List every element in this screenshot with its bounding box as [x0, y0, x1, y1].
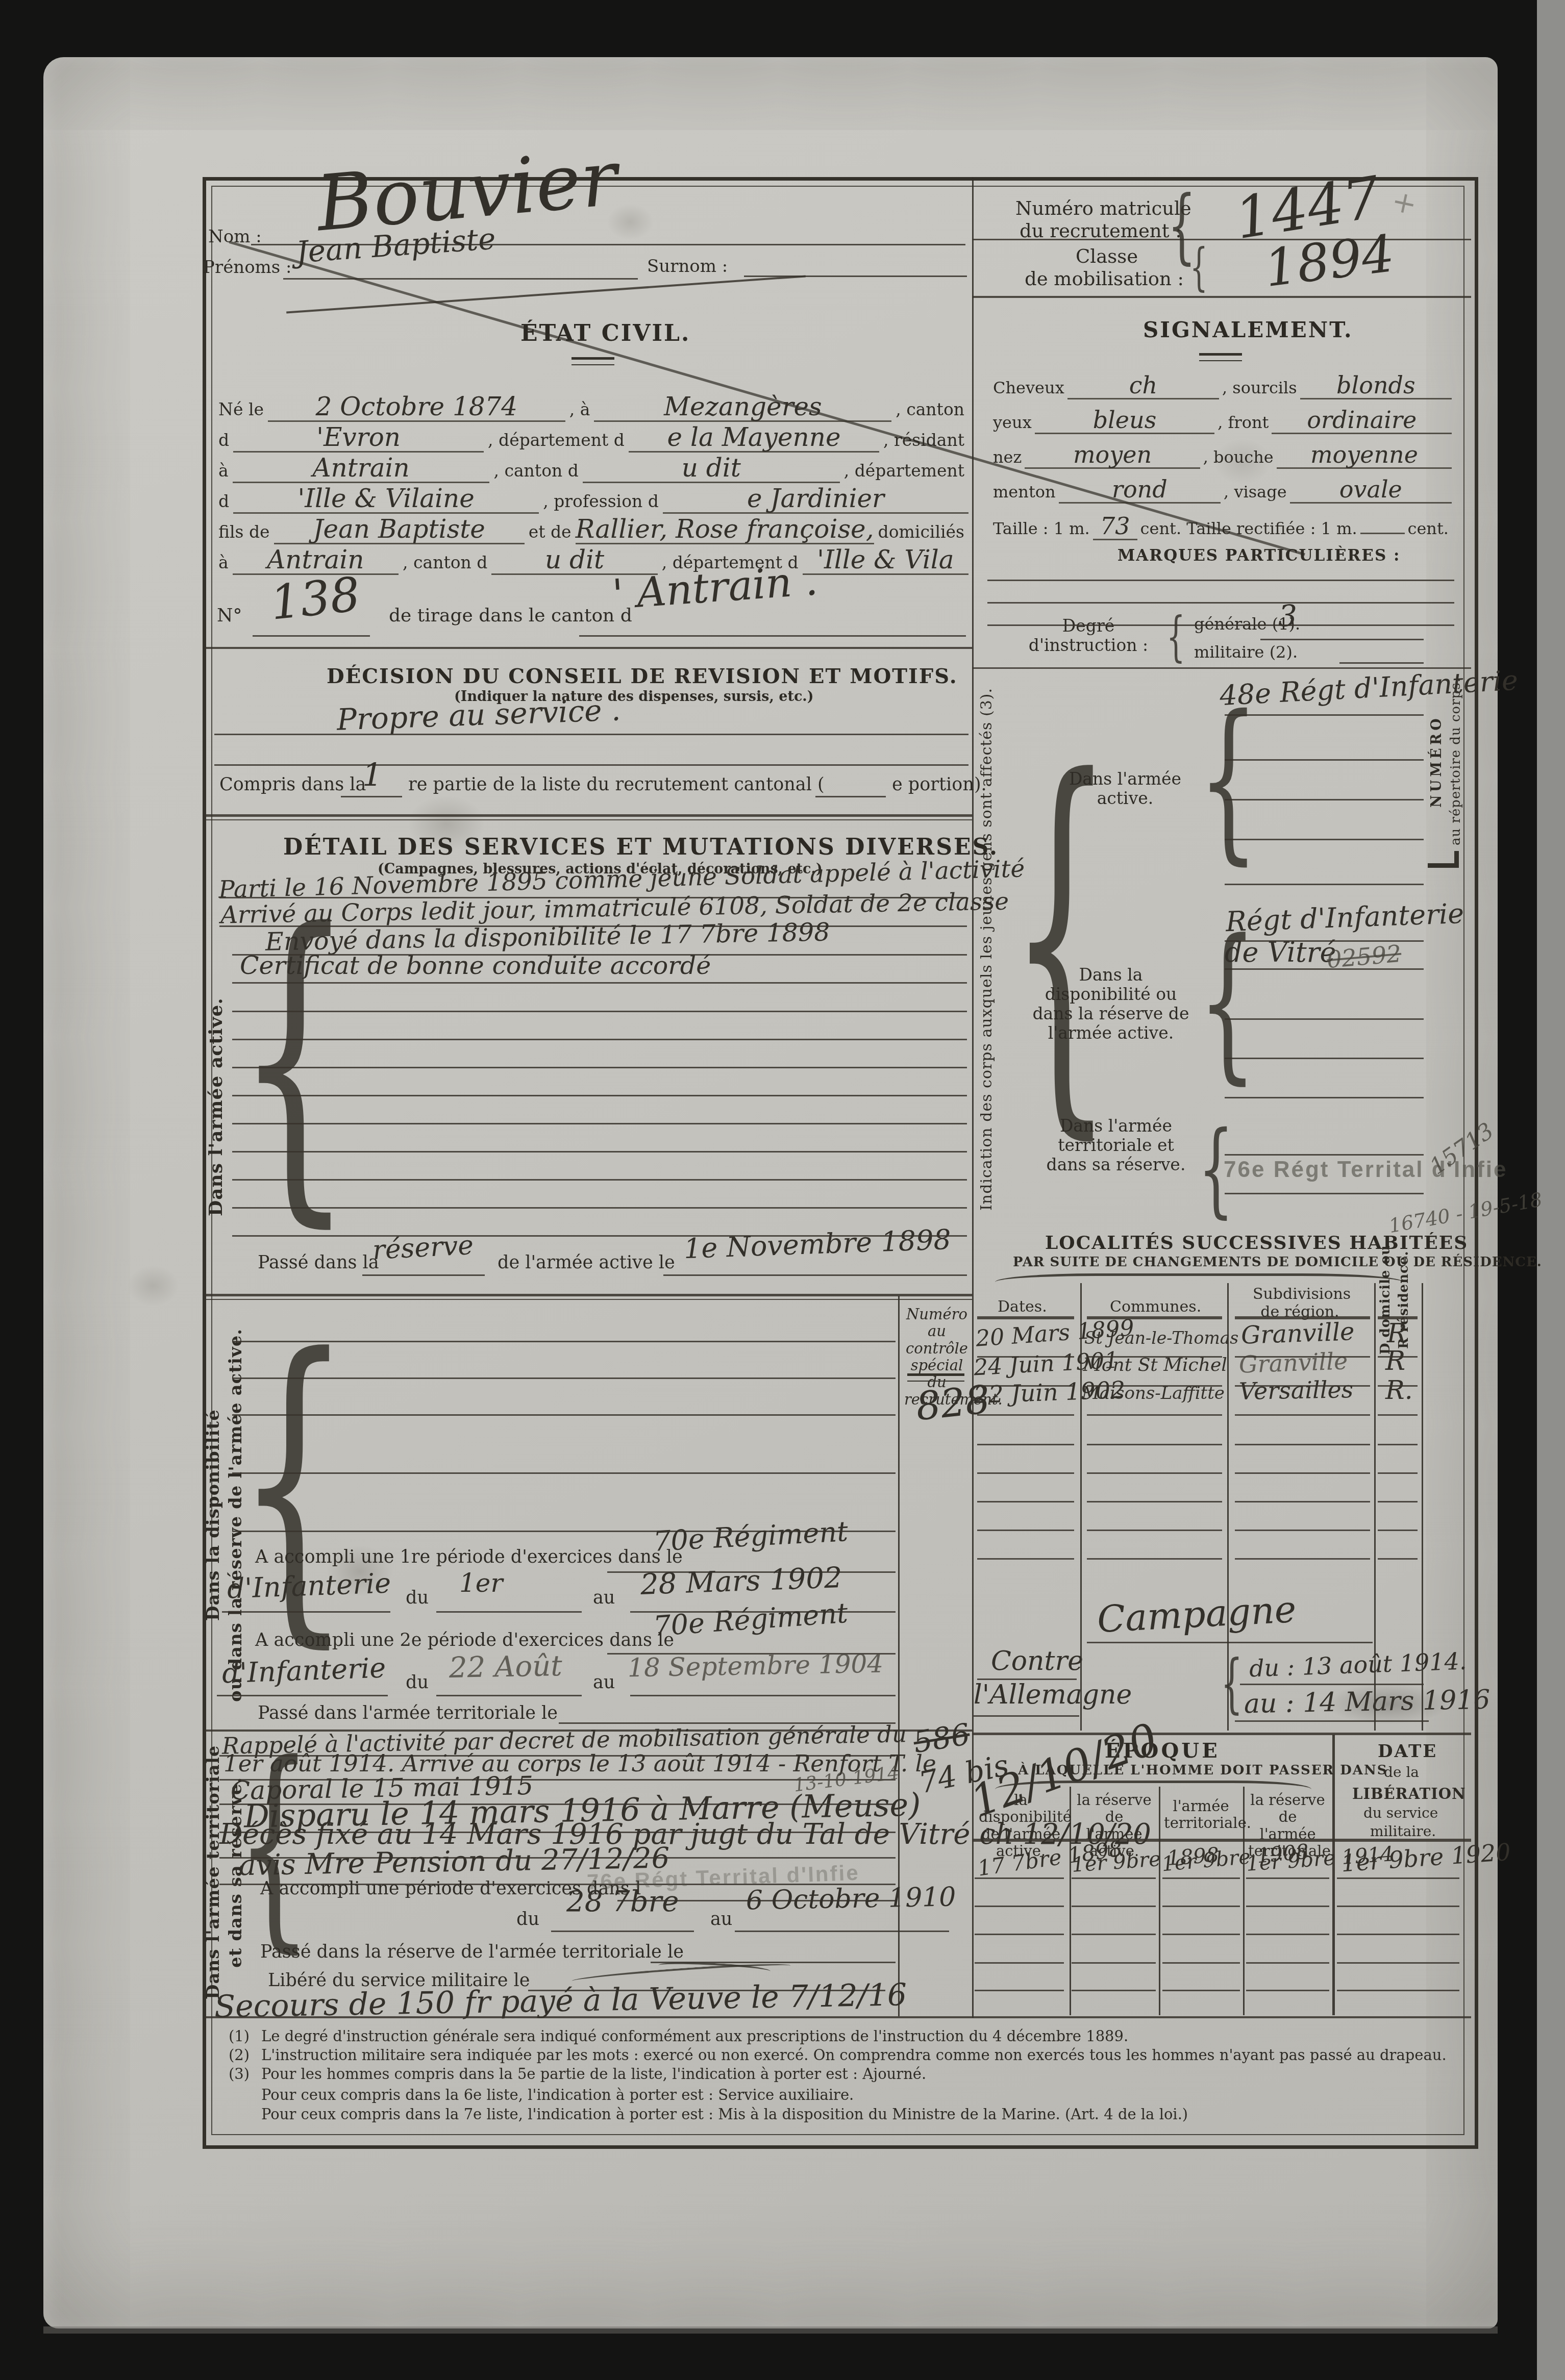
ruled-line [1378, 1356, 1418, 1358]
ruled-line [1072, 1962, 1156, 1964]
ruled-line [975, 1877, 1064, 1879]
ruled-line [232, 1531, 896, 1532]
passe-reserve-label-1: Passé dans la [258, 1252, 379, 1273]
ruled-line [1235, 1720, 1429, 1722]
periode1-to: 28 Mars 1902 [640, 1564, 842, 1599]
footnote-3-text: Pour les hommes compris dans la 5e parti… [261, 2066, 1455, 2083]
matricule-box-bottom [972, 296, 1471, 298]
periode2-from: 22 Août [449, 1652, 563, 1683]
label: , canton d [399, 553, 491, 572]
ruled-line [232, 1123, 967, 1124]
yeux-label: yeux [990, 413, 1035, 432]
taille-label-3: cent. [1405, 519, 1452, 538]
localites-col2-header: Communes. [1110, 1298, 1201, 1316]
ruled-line [1225, 759, 1424, 761]
ruled-line [1378, 1316, 1418, 1319]
periode2-line-4 [630, 1695, 896, 1696]
localites-r2-subdivision: Granville [1238, 1349, 1348, 1376]
compris-label-1: Compris dans la [219, 774, 366, 795]
ruled-line [1235, 1530, 1370, 1531]
ruled-line [1072, 1990, 1156, 1991]
localites-r1-dr: R [1387, 1320, 1407, 1347]
taille-label-1: Taille : 1 m. [990, 519, 1093, 538]
du-label: du [406, 1672, 429, 1693]
services-line-4 [232, 982, 967, 984]
label: , département d [484, 431, 629, 450]
matricule-label-1: Numéro matricule [1015, 198, 1191, 220]
localites-r1-subdivision: Granville [1240, 1319, 1355, 1348]
localites-col3-header: Subdivisions de région. [1253, 1286, 1347, 1321]
label: à [214, 553, 233, 572]
ruled-line [1337, 1877, 1459, 1879]
passe-reserve-label-2: de l'armée active le [498, 1252, 675, 1273]
localites-subtitle: PAR SUITE DE CHANGEMENTS DE DOMICILE OU … [1013, 1255, 1542, 1270]
corps-top-rule [972, 667, 1471, 669]
ruled-line [1225, 1193, 1424, 1194]
ruled-line [232, 1095, 967, 1096]
birth-canton: 'Evron [233, 424, 484, 453]
ruled-line [1087, 1414, 1222, 1416]
ruled-line [1378, 1558, 1418, 1560]
periode1-label: A accompli une 1re période d'exercices d… [255, 1547, 683, 1567]
residence-departement: 'Ille & Vilaine [233, 486, 539, 514]
ruled-line [977, 1316, 1074, 1319]
bouche-value: moyenne [1277, 443, 1452, 469]
ruled-line [975, 1934, 1064, 1935]
menton-value: rond [1059, 478, 1221, 504]
localites-r2-dr: R [1385, 1348, 1405, 1374]
corps-g2-value-1: Régt d'Infanterie [1225, 900, 1464, 936]
periode1-line-2 [222, 1611, 390, 1613]
footnote-2-text: L'instruction militaire sera indiquée pa… [261, 2047, 1455, 2064]
nez-value: moyen [1025, 443, 1200, 469]
passe-reserve-line-2 [663, 1274, 967, 1276]
ruled-line [232, 1011, 967, 1012]
label: , profession d [539, 492, 663, 511]
corps-g1-label: Dans l'armée active. [1059, 769, 1191, 808]
ruled-line [1337, 1906, 1459, 1907]
footnote-3-number: (3) [229, 2066, 250, 2083]
ruled-line [1235, 1414, 1370, 1416]
footnote-1-text: Le degré d'instruction générale sera ind… [261, 2028, 1455, 2045]
ruled-line [977, 1385, 1074, 1387]
passe-reserve-terr-label: Passé dans la réserve de l'armée territo… [260, 1942, 684, 1962]
front-value: ordinaire [1272, 408, 1452, 434]
prenoms-line [283, 278, 638, 280]
ruled-line [1246, 1906, 1329, 1907]
classe-label-1: Classe [1076, 246, 1138, 268]
ruled-line [1337, 1990, 1459, 1991]
ruled-line [987, 624, 1454, 626]
cheveux-value: ch [1067, 373, 1219, 399]
militaire-label: militaire (2). [1194, 643, 1298, 662]
periode3-line-2 [551, 1931, 694, 1932]
degre-label: Degré d'instruction : [1014, 616, 1162, 655]
father-name: Jean Baptiste [274, 516, 525, 544]
corps-side-label: Indication des corps auxquels les jeunes… [978, 684, 996, 1214]
side-label-armee-active: Dans l'armée active. [205, 918, 227, 1296]
surnom-label: Surnom : [647, 257, 728, 277]
etat-civil-row-2: d 'Evron , département d e la Mayenne , … [214, 424, 968, 453]
localites-r2-commune: Mont St Michel [1083, 1356, 1227, 1374]
prenoms-label: Prénoms : [203, 258, 292, 278]
ruled-line [232, 1179, 967, 1181]
ruled-line [1225, 1154, 1424, 1156]
periode2-label: A accompli une 2e période d'exercices da… [255, 1630, 674, 1650]
ruled-line [1225, 1097, 1424, 1098]
surnom-line [744, 275, 967, 277]
nez-label: nez [990, 448, 1025, 467]
side-label-terr-1: Dans l'armée territoriale [203, 1745, 223, 2000]
ruled-line [974, 1715, 1079, 1717]
ruled-line [1087, 1501, 1222, 1502]
ruled-line [975, 1906, 1064, 1907]
birth-date: 2 Octobre 1874 [268, 394, 565, 422]
profession: e Jardinier [663, 486, 968, 514]
etat-civil-row-5: fils de Jean Baptiste et de Rallier, Ros… [214, 516, 968, 544]
degre-brace: { [1166, 610, 1185, 664]
parents-departement: 'Ille & Vila [803, 547, 968, 575]
generale-value: 3 [1278, 601, 1297, 631]
au-label: au [710, 1909, 732, 1930]
tirage-no-value: 138 [268, 571, 362, 627]
numero-repertoire-label-2: au répertoire du corps. [1448, 673, 1463, 849]
label: , canton [891, 400, 968, 419]
campagne-title: Campagne [1096, 1591, 1297, 1638]
label: , canton d [489, 461, 582, 481]
compris-label-2: re partie de la liste du recrutement can… [408, 774, 825, 795]
bouche-label: , bouche [1200, 448, 1277, 467]
classe-brace: { [1190, 242, 1208, 293]
ruled-line [1162, 1934, 1240, 1935]
ruled-line [1235, 1444, 1370, 1445]
localites-col1-header: Dates. [998, 1298, 1047, 1316]
periode1-line-3 [436, 1611, 582, 1613]
decision-value: Propre au service . [336, 695, 621, 734]
ruled-line [977, 1558, 1074, 1560]
ruled-line [232, 1207, 967, 1209]
ruled-line [1235, 1316, 1370, 1319]
periode2-line-3 [436, 1695, 582, 1696]
ruled-line [1235, 1472, 1370, 1474]
etat-civil-row-4: d 'Ille & Vilaine , profession d e Jardi… [214, 486, 968, 514]
epoque-header-rule [972, 1839, 1471, 1842]
signalement-row-3: nez moyen , bouche moyenne [990, 443, 1452, 469]
ruled-line [1087, 1385, 1222, 1387]
ruled-line [1072, 1934, 1156, 1935]
section-rule [204, 647, 972, 649]
decision-title: DÉCISION DU CONSEIL DE REVISION ET MOTIF… [327, 664, 958, 688]
sourcils-label: , sourcils [1219, 379, 1300, 397]
ruled-line [1246, 1877, 1329, 1879]
compris-value: 1 [362, 759, 382, 791]
ruled-line [1162, 1962, 1240, 1964]
ruled-line [1225, 799, 1424, 800]
tirage-no-line [253, 635, 370, 637]
matricule-label-2: du recrutement : [1020, 220, 1182, 242]
periode2-to: 18 Septembre 1904 [628, 1651, 884, 1681]
ruled-line [1087, 1316, 1222, 1319]
side-label-dispo-1: Dans la disponibilité [203, 1326, 223, 1704]
ruled-line [1087, 1530, 1222, 1531]
au-label: au [593, 1588, 615, 1608]
taille-rectifiee-blank [1360, 533, 1405, 534]
sourcils-value: blonds [1300, 373, 1452, 399]
label: d [214, 431, 233, 450]
corps-g3-label: Dans l'armée territoriale et dans sa rés… [1042, 1116, 1190, 1174]
ruled-line [1162, 1906, 1240, 1907]
etat-civil-row-1: Né le 2 Octobre 1874 , à Mezangères , ca… [214, 394, 968, 422]
ruled-line [977, 1501, 1074, 1502]
taille-value: 73 [1093, 514, 1137, 540]
footnote-2-number: (2) [229, 2047, 250, 2064]
ruled-line [1225, 884, 1424, 885]
visage-value: ovale [1290, 478, 1452, 504]
periode1-from: 1er [459, 1570, 503, 1596]
signalement-rule [1199, 353, 1242, 361]
ruled-line [232, 1067, 967, 1068]
paper-bottom-edge [43, 2326, 1498, 2334]
campagne-allemagne: l'Allemagne [974, 1682, 1132, 1708]
label: à [214, 461, 233, 481]
section-rule-thin [204, 819, 972, 820]
ruled-line [1378, 1414, 1418, 1416]
tirage-mid-label: de tirage dans le canton d [389, 605, 632, 626]
campagne-contre: Contre [991, 1648, 1083, 1674]
label: fils de [214, 522, 274, 542]
tirage-canton-line [579, 635, 966, 637]
periode3-line-3 [735, 1931, 949, 1932]
label: Né le [214, 400, 268, 419]
militaire-line [1339, 662, 1424, 664]
signalement-row-2: yeux bleus , front ordinaire [990, 408, 1452, 434]
footnote-top-rule [204, 2016, 1471, 2018]
ink-smudge [1327, 1684, 1449, 1724]
ruled-line [975, 1990, 1064, 1991]
epoque-date-header-3: LIBÉRATION [1352, 1786, 1466, 1802]
classe-label-2: de mobilisation : [1025, 268, 1184, 290]
birth-departement: e la Mayenne [629, 424, 879, 453]
ruled-line [1246, 1934, 1329, 1935]
ruled-line [977, 1530, 1074, 1531]
mother-name: Rallier, Rose françoise, [576, 516, 874, 544]
du-label: du [516, 1909, 539, 1930]
tirage-no-label: N° [217, 605, 242, 626]
compris-label-3: e portion). [892, 774, 987, 795]
compris-line-2 [815, 796, 886, 797]
epoque-col3-header: l'armée territoriale. [1164, 1798, 1238, 1832]
epoque-date-header-4: du service [1363, 1805, 1438, 1821]
ruled-line [977, 1444, 1074, 1445]
label: , résidant [879, 431, 968, 450]
ruled-line [1225, 968, 1424, 970]
cheveux-label: Cheveux [990, 379, 1067, 397]
ruled-line [1087, 1558, 1222, 1560]
footnote-5-text: Pour ceux compris dans la 7e liste, l'in… [261, 2106, 1455, 2123]
ruled-line [232, 1377, 896, 1379]
epoque-date-col-line [1332, 1735, 1335, 2015]
ruled-line [1225, 1018, 1424, 1020]
ruled-line [1240, 1684, 1424, 1685]
campagne-du: du : 13 août 1914. [1249, 1649, 1467, 1681]
ruled-line [1378, 1530, 1418, 1531]
ruled-line [1225, 839, 1424, 840]
ruled-line [1235, 1558, 1370, 1560]
corps-g2-number-struck: 02592 [1326, 942, 1402, 972]
au-label: au [593, 1672, 615, 1693]
section-rule-thick [204, 814, 972, 817]
taille-label-2: cent. Taille rectifiée : 1 m. [1137, 519, 1360, 538]
ruled-line [1162, 1990, 1240, 1991]
classe-value: 1894 [1262, 228, 1397, 294]
localites-r3-subdivision: Versailles [1239, 1377, 1354, 1403]
stain [128, 1265, 179, 1306]
localites-swash [995, 1273, 1403, 1282]
label: , à [565, 400, 594, 419]
ruled-line [232, 1235, 967, 1237]
ruled-line [1225, 1058, 1424, 1059]
ruled-line [232, 1341, 896, 1342]
ruled-line [1072, 1906, 1156, 1907]
menton-label: menton [990, 483, 1059, 502]
scan-background-edge [1537, 0, 1565, 2380]
marques-title: MARQUES PARTICULIÈRES : [1117, 547, 1401, 565]
ruled-line [1087, 1472, 1222, 1474]
passe-reserve-value-1: réserve [372, 1232, 475, 1264]
visage-label: , visage [1221, 483, 1290, 502]
localites-r1-commune: St Jean-le-Thomas [1084, 1330, 1238, 1346]
ruled-line [977, 1356, 1074, 1358]
ruled-line [987, 602, 1454, 604]
label: domiciliés [874, 522, 968, 542]
ruled-line [1246, 1962, 1329, 1964]
passe-reserve-line-1 [362, 1274, 485, 1276]
signalement-row-1: Cheveux ch , sourcils blonds [990, 373, 1452, 399]
services-title: DÉTAIL DES SERVICES ET MUTATIONS DIVERSE… [283, 834, 999, 860]
ruled-line [1378, 1385, 1418, 1387]
ruled-line [1246, 1990, 1329, 1991]
ruled-line [1087, 1642, 1373, 1643]
generale-line [1260, 639, 1424, 640]
ruled-line [977, 1472, 1074, 1474]
ruled-line [977, 1414, 1074, 1416]
services-entry-4: Certificat de bonne conduite accordé [240, 953, 711, 978]
decision-line-2 [214, 764, 968, 766]
signalement-taille-row: Taille : 1 m. 73 cent. Taille rectifiée … [990, 514, 1452, 540]
signalement-title: SIGNALEMENT. [1143, 317, 1353, 342]
ruled-line [1072, 1877, 1156, 1879]
ruled-line [1337, 1962, 1459, 1964]
label: d [214, 492, 233, 511]
label: , département [840, 461, 968, 481]
decision-line-1 [214, 734, 968, 735]
ruled-line [1378, 1444, 1418, 1445]
localites-r3-dr: R. [1385, 1377, 1413, 1403]
ruled-line [1378, 1472, 1418, 1474]
residence-canton: u dit [583, 455, 840, 483]
etat-civil-row-3: à Antrain , canton d u dit , département [214, 455, 968, 483]
corps-g2-label: Dans la disponibilité ou dans la réserve… [1027, 965, 1195, 1043]
ruled-line [1225, 940, 1424, 942]
yeux-value: bleus [1035, 408, 1215, 434]
etat-civil-title: ÉTAT CIVIL. [520, 320, 690, 346]
front-label: , front [1214, 413, 1272, 432]
ruled-line [987, 580, 1454, 581]
compris-line-1 [341, 796, 402, 797]
periode1-infanterie: d'Infanterie [227, 1569, 391, 1602]
periode3-from: 28 7bre [566, 1888, 679, 1916]
du-label: du [406, 1588, 429, 1608]
ruled-line [1235, 1501, 1370, 1502]
ruled-line [1225, 714, 1424, 716]
epoque-top-rule [972, 1733, 1471, 1735]
ruled-line [1162, 1877, 1240, 1879]
ruled-line [1235, 1385, 1370, 1387]
residence-commune: Antrain [233, 455, 490, 483]
periode2-line-2 [217, 1695, 388, 1696]
ruled-line [1378, 1501, 1418, 1502]
corps-g2-value-2: de Vitré [1225, 939, 1336, 966]
ruled-line [1087, 1356, 1222, 1358]
ruled-line [232, 1472, 896, 1474]
footnote-1-number: (1) [229, 2028, 250, 2045]
corps-g1-brace: { [1198, 693, 1259, 866]
ruled-line [977, 1678, 1077, 1680]
periode3-to: 6 Octobre 1910 [746, 1884, 956, 1914]
birth-place: Mezangères [594, 394, 891, 422]
ruled-line [232, 1414, 896, 1416]
ruled-line [232, 1151, 967, 1153]
epoque-col-line [1159, 1787, 1160, 2015]
etat-civil-rule [572, 357, 614, 365]
ruled-line [1087, 1444, 1222, 1445]
epoque-date-header-1: DATE [1378, 1742, 1437, 1762]
label: et de [525, 522, 576, 542]
signalement-row-4: menton rond , visage ovale [990, 478, 1452, 504]
localites-r3-commune: Maisons-Laffitte [1082, 1385, 1225, 1402]
ruled-line [975, 1962, 1064, 1964]
ruled-line [1235, 1356, 1370, 1358]
footnote-4-text: Pour ceux compris dans la 6e liste, l'in… [261, 2087, 1455, 2103]
ruled-line [232, 1039, 967, 1040]
epoque-date-header-5: militaire. [1370, 1823, 1436, 1840]
main-column-divider [972, 177, 974, 2018]
periode2-infanterie: d'Infanterie [221, 1654, 386, 1687]
numero-repertoire-bracket [1428, 851, 1459, 868]
ruled-line [1337, 1934, 1459, 1935]
epoque-date-header-2: de la [1384, 1764, 1419, 1781]
